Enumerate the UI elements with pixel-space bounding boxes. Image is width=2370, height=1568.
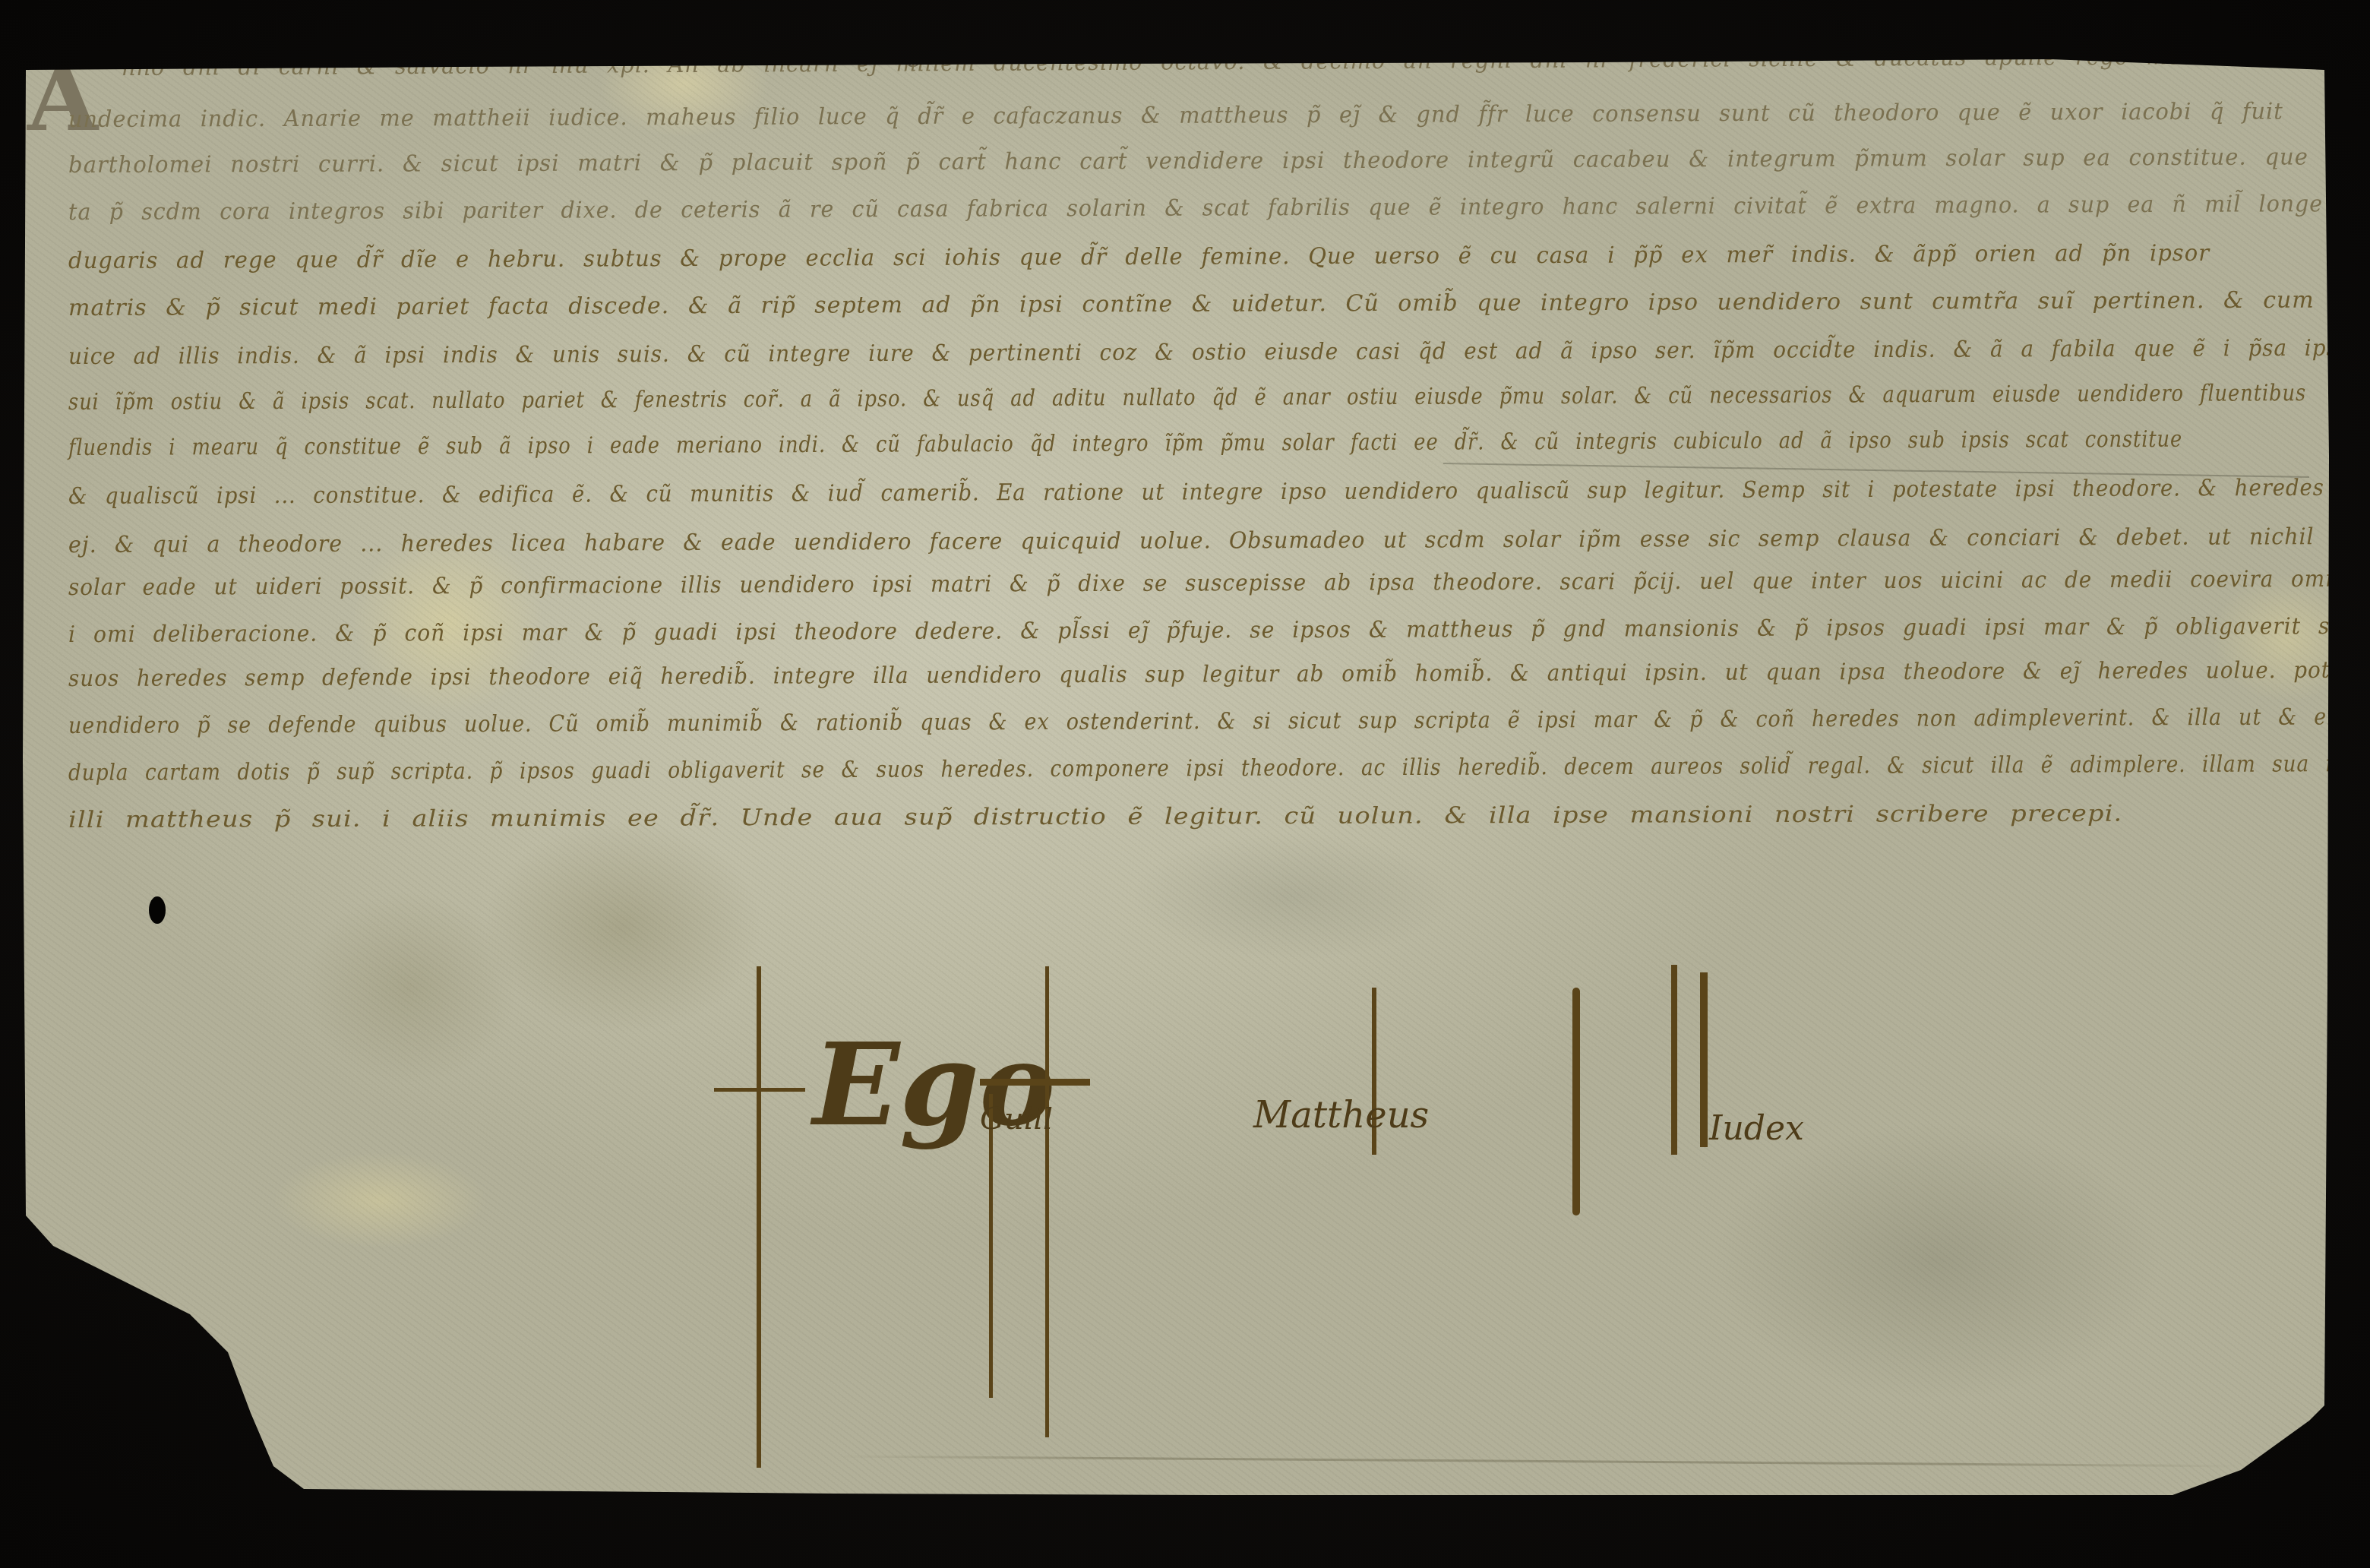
staff-stem-icon — [1045, 966, 1049, 1437]
signature-3-text: Mattheus — [1253, 1094, 1429, 1136]
signature-2-text: Guill — [980, 1102, 1053, 1136]
staff-stem-2-icon — [1700, 972, 1708, 1147]
parchment-hole — [149, 896, 166, 924]
parchment-sheet: 1208 Lug XI A nno dni di carnĩ & salvac… — [0, 0, 2370, 1568]
cross-bar-icon — [980, 1079, 1090, 1086]
staff-stem-icon — [1671, 965, 1677, 1155]
flourish-icon — [1572, 988, 1580, 1216]
signature-4-text: Iudex — [1709, 1109, 1804, 1148]
cross-stem-icon — [757, 966, 761, 1468]
staff-stem-2-icon — [989, 1094, 993, 1398]
cross-bar-icon — [714, 1088, 805, 1092]
